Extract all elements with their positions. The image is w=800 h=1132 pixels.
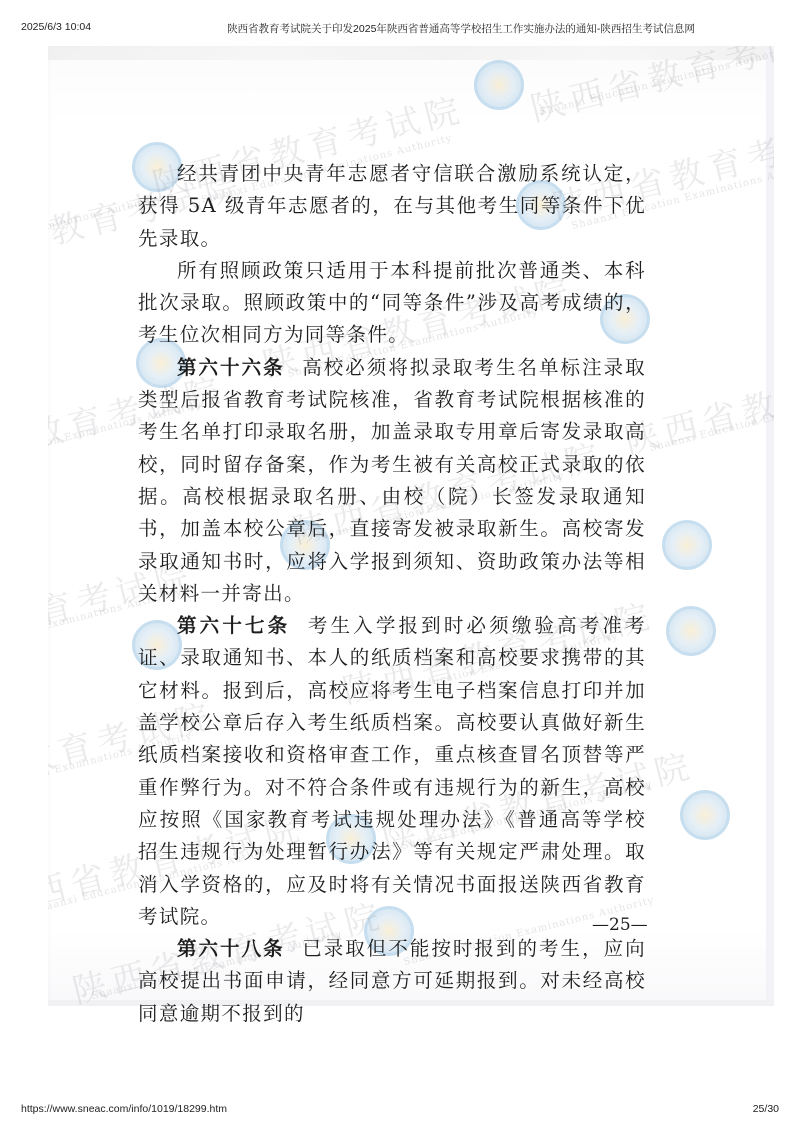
paragraph-text: 所有照顾政策只适用于本科提前批次普通类、本科批次录取。照顾政策中的“同等条件”涉… <box>138 259 646 347</box>
watermark-subtext: Shaanxi Education Examinations Authority <box>649 381 774 454</box>
document-body: 经共青团中央青年志愿者守信联合激励系统认定，获得 5A 级青年志愿者的，在与其他… <box>138 158 646 1030</box>
scan-edge-top <box>48 46 774 60</box>
print-header: 2025/6/3 10:04 陕西省教育考试院关于印发2025年陕西省普通高等学… <box>0 0 800 40</box>
article-label: 第六十七条 <box>177 614 290 637</box>
print-page-count: 25/30 <box>753 1103 779 1115</box>
article-label: 第六十六条 <box>177 356 285 379</box>
paragraph: 经共青团中央青年志愿者守信联合激励系统认定，获得 5A 级青年志愿者的，在与其他… <box>138 158 646 255</box>
sneac-logo-watermark-icon <box>680 790 730 840</box>
paragraph-text: 考生入学报到时必须缴验高考准考证、录取通知书、本人的纸质档案和高校要求携带的其它… <box>138 614 646 928</box>
document-page-number: —25— <box>592 915 648 935</box>
scan-edge-right <box>766 46 774 1006</box>
print-page-title: 陕西省教育考试院关于印发2025年陕西省普通高等学校招生工作实施办法的通知-陕西… <box>141 21 781 36</box>
print-datetime: 2025/6/3 10:04 <box>21 21 91 33</box>
paragraph-text: 经共青团中央青年志愿者守信联合激励系统认定，获得 5A 级青年志愿者的，在与其他… <box>138 162 646 250</box>
sneac-logo-watermark-icon <box>474 60 524 110</box>
article-67: 第六十七条考生入学报到时必须缴验高考准考证、录取通知书、本人的纸质档案和高校要求… <box>138 610 646 933</box>
paragraph: 所有照顾政策只适用于本科提前批次普通类、本科批次录取。照顾政策中的“同等条件”涉… <box>138 255 646 352</box>
print-url: https://www.sneac.com/info/1019/18299.ht… <box>21 1103 227 1115</box>
article-label: 第六十八条 <box>177 937 285 960</box>
article-66: 第六十六条高校必须将拟录取考生名单标注录取类型后报省教育考试院核准，省教育考试院… <box>138 352 646 610</box>
print-footer: https://www.sneac.com/info/1019/18299.ht… <box>0 1100 800 1130</box>
article-68: 第六十八条已录取但不能按时报到的考生，应向高校提出书面申请，经同意方可延期报到。… <box>138 933 646 1030</box>
sneac-logo-watermark-icon <box>662 520 712 570</box>
paragraph-text: 高校必须将拟录取考生名单标注录取类型后报省教育考试院核准，省教育考试院根据核准的… <box>138 356 646 605</box>
sneac-logo-watermark-icon <box>666 606 716 656</box>
